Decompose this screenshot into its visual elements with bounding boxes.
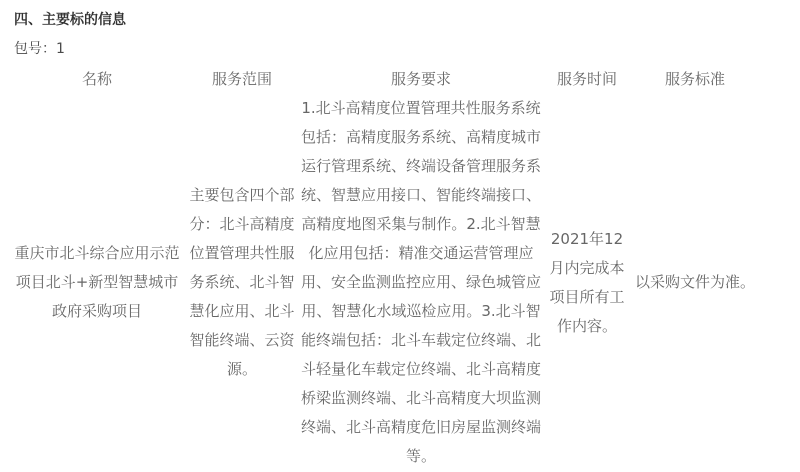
column-header-requirements: 服务要求 (298, 64, 544, 94)
column-header-time: 服务时间 (544, 64, 630, 94)
section-title: 四、主要标的信息 (14, 11, 800, 29)
table-header-row: 名称 服务范围 服务要求 服务时间 服务标准 (8, 64, 760, 94)
cell-project-name: 重庆市北斗综合应用示范项目北斗+新型智慧城市政府采购项目 (8, 94, 186, 471)
main-info-table: 名称 服务范围 服务要求 服务时间 服务标准 重庆市北斗综合应用示范项目北斗+新… (8, 64, 760, 471)
cell-service-requirements: 1.北斗高精度位置管理共性服务系统包括：高精度服务系统、高精度城市运行管理系统、… (298, 94, 544, 471)
column-header-name: 名称 (8, 64, 186, 94)
table-row: 重庆市北斗综合应用示范项目北斗+新型智慧城市政府采购项目 主要包含四个部分：北斗… (8, 94, 760, 471)
column-header-scope: 服务范围 (186, 64, 298, 94)
cell-service-standard: 以采购文件为准。 (630, 94, 760, 471)
cell-service-time: 2021年12月内完成本项目所有工作内容。 (544, 94, 630, 471)
document-page: 四、主要标的信息 包号：1 名称 服务范围 服务要求 服务时间 服务标准 重庆市… (0, 0, 800, 472)
column-header-standard: 服务标准 (630, 64, 760, 94)
package-number: 包号：1 (14, 40, 800, 58)
cell-service-scope: 主要包含四个部分：北斗高精度位置管理共性服务系统、北斗智慧化应用、北斗智能终端、… (186, 94, 298, 471)
